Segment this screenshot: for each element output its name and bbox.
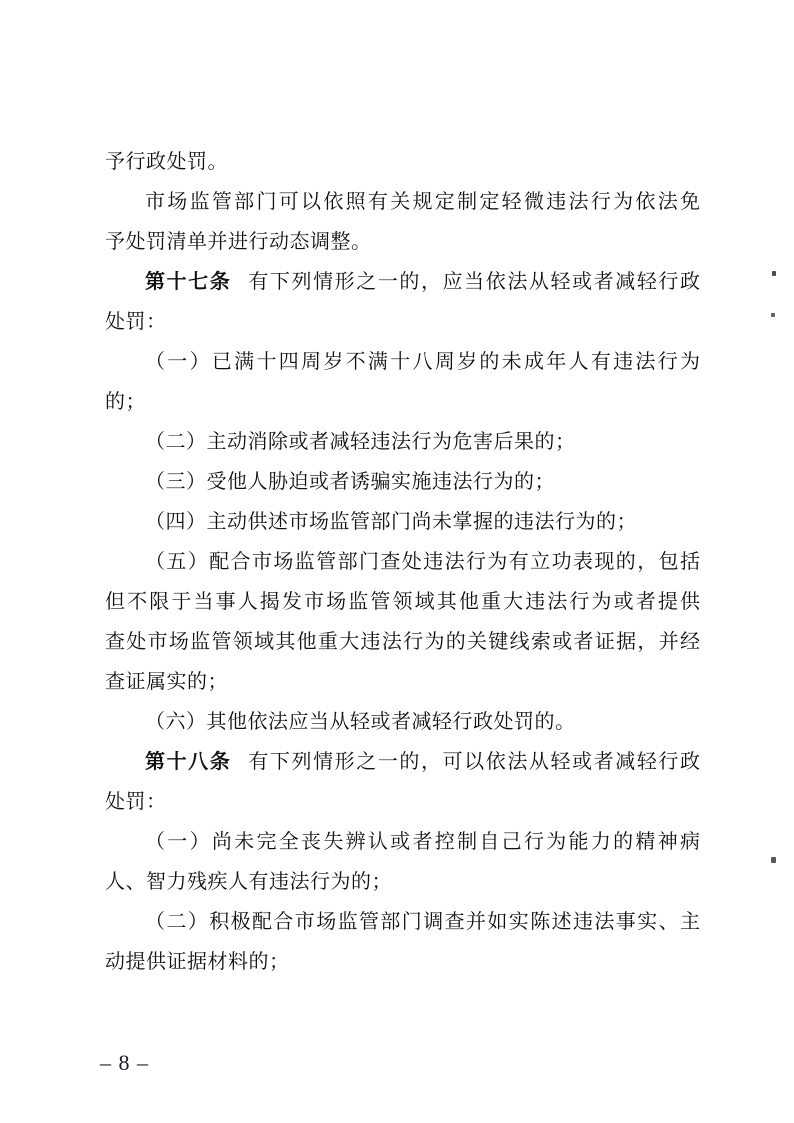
document-line: （一）已满十四周岁不满十八周岁的未成年人有违法行为	[105, 342, 700, 382]
article-text: 有下列情形之一的，应当依法从轻或者减轻行政	[248, 271, 700, 293]
document-line: （三）受他人胁迫或者诱骗实施违法行为的；	[105, 462, 700, 502]
scan-speck	[771, 313, 775, 317]
article-number: 第十八条	[145, 751, 231, 773]
document-line: （四）主动供述市场监管部门尚未掌握的违法行为的；	[105, 502, 700, 542]
document-line-article-18: 第十八条有下列情形之一的，可以依法从轻或者减轻行政	[105, 742, 700, 782]
document-body: 予行政处罚。 市场监管部门可以依照有关规定制定轻微违法行为依法免 予处罚清单并进…	[105, 142, 700, 982]
document-line: 查处市场监管领域其他重大违法行为的关键线索或者证据，并经	[105, 622, 700, 662]
document-line-article-17: 第十七条有下列情形之一的，应当依法从轻或者减轻行政	[105, 262, 700, 302]
document-line: 予处罚清单并进行动态调整。	[105, 222, 700, 262]
document-line: （二）积极配合市场监管部门调查并如实陈述违法事实、主	[105, 902, 700, 942]
document-line: （一）尚未完全丧失辨认或者控制自己行为能力的精神病	[105, 822, 700, 862]
document-line: 市场监管部门可以依照有关规定制定轻微违法行为依法免	[105, 182, 700, 222]
document-line: 但不限于当事人揭发市场监管领域其他重大违法行为或者提供	[105, 582, 700, 622]
document-page: 予行政处罚。 市场监管部门可以依照有关规定制定轻微违法行为依法免 予处罚清单并进…	[0, 0, 794, 1123]
article-text: 有下列情形之一的，可以依法从轻或者减轻行政	[248, 751, 700, 773]
document-line: 处罚：	[105, 782, 700, 822]
scan-speck	[771, 857, 776, 863]
document-line: 动提供证据材料的；	[105, 942, 700, 982]
document-line: （二）主动消除或者减轻违法行为危害后果的；	[105, 422, 700, 462]
scan-speck	[690, 284, 692, 287]
document-line: （六）其他依法应当从轻或者减轻行政处罚的。	[105, 702, 700, 742]
document-line: （五）配合市场监管部门查处违法行为有立功表现的，包括	[105, 542, 700, 582]
document-line: 查证属实的；	[105, 662, 700, 702]
page-number: – 8 –	[100, 1046, 149, 1080]
document-line: 人、智力残疾人有违法行为的；	[105, 862, 700, 902]
article-number: 第十七条	[145, 271, 231, 293]
scan-speck	[772, 271, 776, 276]
document-line: 处罚：	[105, 302, 700, 342]
document-line: 的；	[105, 382, 700, 422]
document-line: 予行政处罚。	[105, 142, 700, 182]
